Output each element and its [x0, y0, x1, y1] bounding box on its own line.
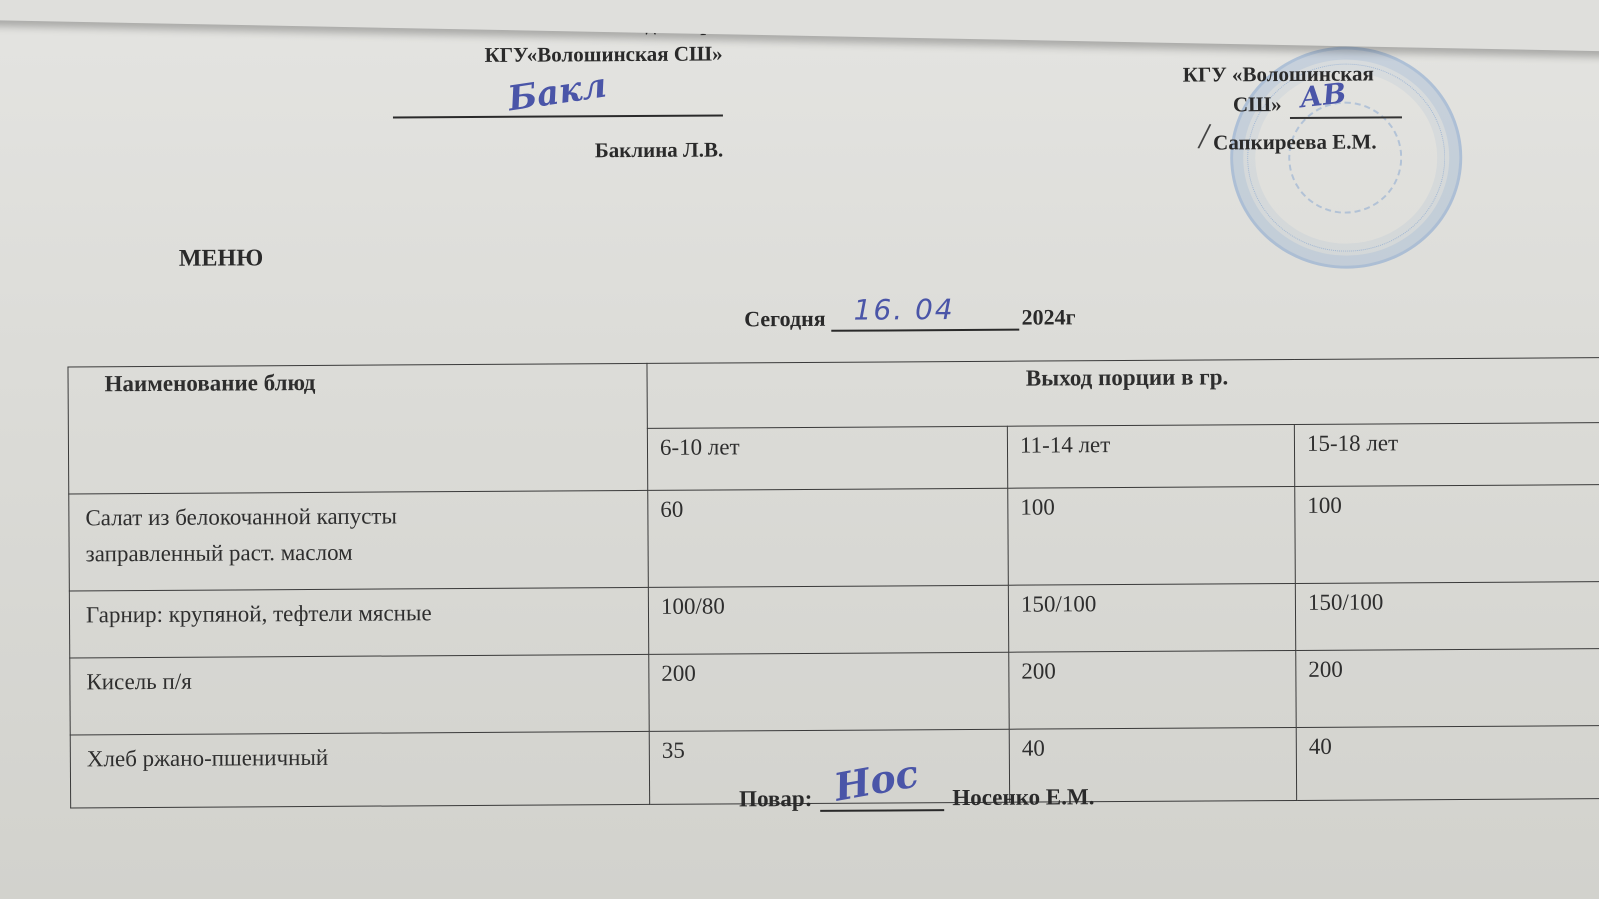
- signature-line: Бакл: [393, 74, 723, 118]
- dish-name-line1: Салат из белокочанной капусты: [85, 497, 635, 536]
- paper-page: Мед сестра КГУ«Волошинская СШ» Бакл Бакл…: [0, 0, 1599, 899]
- portion-11-14: 100: [1008, 486, 1296, 585]
- director-name: Сапкиреева Е.М.: [1213, 129, 1377, 154]
- header-portion-yield: Выход порции в гр.: [647, 358, 1599, 428]
- director-organization-line2: СШ» АВ: [1173, 88, 1433, 120]
- portion-6-10: 100/80: [648, 585, 1008, 654]
- page-title: МЕНЮ: [179, 245, 264, 273]
- signature-line: Нос: [820, 783, 944, 812]
- date-year: 2024г: [1022, 304, 1076, 330]
- dish-name: Салат из белокочанной капусты заправленн…: [69, 490, 649, 591]
- dish-name: Хлеб ржано-пшеничный: [70, 731, 649, 808]
- dish-name: Кисель п/я: [70, 654, 649, 735]
- handwritten-signature: АВ: [1298, 78, 1348, 113]
- dish-name: Гарнир: крупяной, тефтели мясные: [69, 587, 648, 658]
- table-row: Салат из белокочанной капусты заправленн…: [69, 485, 1599, 591]
- table-header-row: Наименование блюд Выход порции в гр.: [68, 358, 1599, 432]
- table-row: Кисель п/я 200 200 200: [70, 649, 1599, 735]
- portion-15-18: 200: [1296, 649, 1599, 728]
- portion-15-18: 40: [1296, 726, 1599, 801]
- date-row: Сегодня 16. 04 2024г: [744, 298, 1076, 332]
- cook-label: Повар:: [739, 786, 812, 812]
- portion-11-14: 200: [1009, 650, 1296, 729]
- cook-name: Носенко Е.М.: [952, 784, 1094, 811]
- document-content: Мед сестра КГУ«Волошинская СШ» Бакл Бакл…: [0, 0, 1599, 899]
- director-name-row: / Сапкиреева Е.М.: [1173, 126, 1433, 158]
- date-field: 16. 04: [832, 299, 1020, 332]
- approval-block-right: КГУ «Волошинская СШ» АВ / Сапкиреева Е.М…: [1173, 58, 1434, 158]
- director-organization-suffix: СШ»: [1233, 89, 1282, 119]
- header-dish-name: Наименование блюд: [68, 363, 648, 494]
- header-age-6-10: 6-10 лет: [647, 426, 1007, 491]
- portion-11-14: 150/100: [1008, 583, 1295, 652]
- dish-name-line2: заправленный раст. маслом: [86, 533, 636, 572]
- approver-name: Баклина Л.В.: [393, 134, 723, 166]
- header-age-11-14: 11-14 лет: [1007, 424, 1294, 488]
- handwritten-signature: Бакл: [506, 70, 608, 114]
- cook-signature-row: Повар: Нос Носенко Е.М.: [739, 782, 1094, 812]
- menu-table: Наименование блюд Выход порции в гр. 6-1…: [67, 357, 1599, 808]
- portion-15-18: 150/100: [1295, 582, 1599, 651]
- table-row: Гарнир: крупяной, тефтели мясные 100/80 …: [69, 582, 1599, 658]
- signature-line: АВ: [1290, 92, 1402, 119]
- header-age-15-18: 15-18 лет: [1294, 422, 1599, 486]
- date-handwritten-value: 16. 04: [853, 293, 954, 327]
- slash-mark: /: [1197, 121, 1211, 152]
- portion-6-10: 200: [649, 652, 1009, 731]
- portion-15-18: 100: [1295, 485, 1599, 584]
- portion-6-10: 60: [648, 488, 1009, 587]
- date-label: Сегодня: [744, 306, 826, 332]
- approver-organization: КГУ«Волошинская СШ»: [392, 38, 722, 70]
